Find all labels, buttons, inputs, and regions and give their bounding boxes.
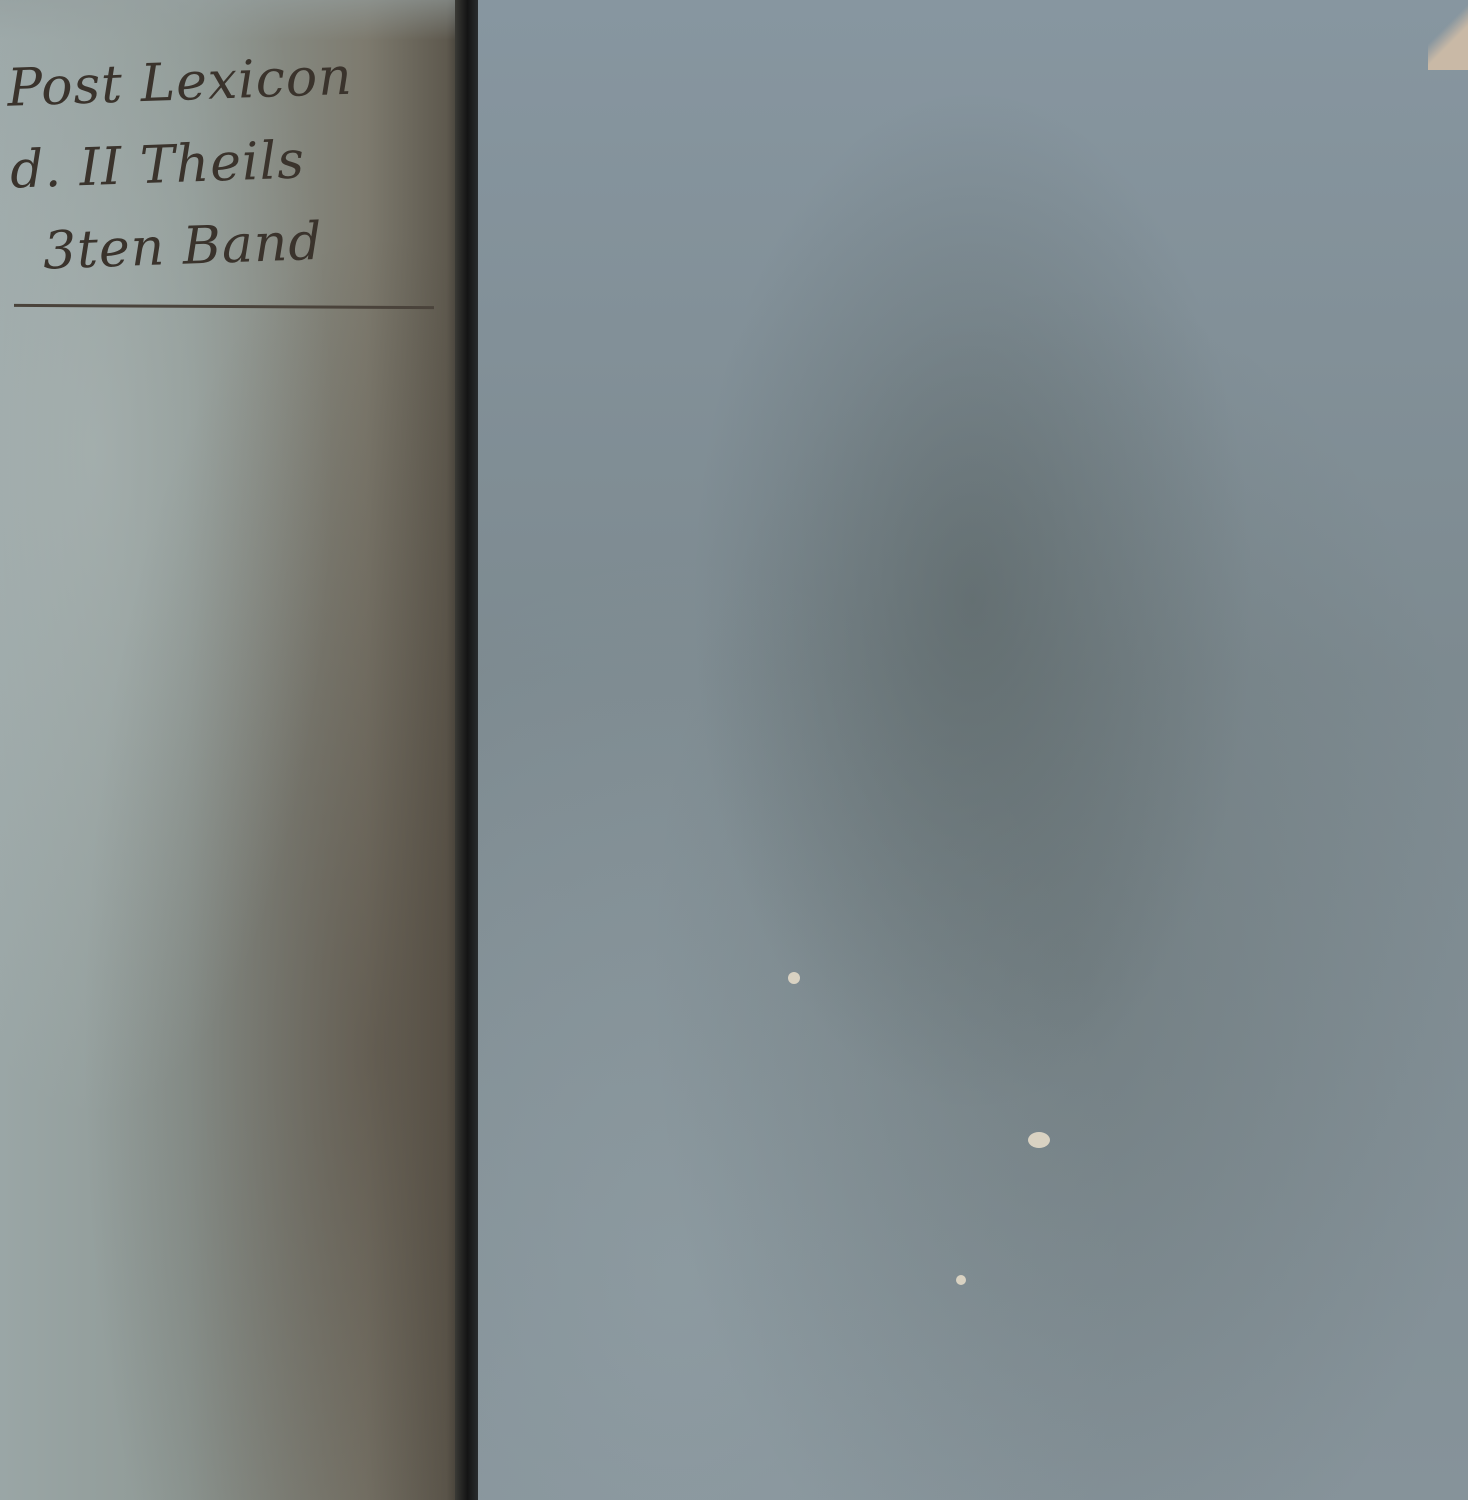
paper-speck: [956, 1275, 966, 1285]
book-spine: Post Lexicon d. II Theils 3ten Band: [0, 0, 470, 1500]
label-line-title: Post Lexicon: [6, 32, 449, 129]
label-line-volume: 3ten Band: [12, 196, 455, 293]
label-line-part: d. II Theils: [9, 114, 452, 211]
worn-corner: [1428, 0, 1468, 70]
spine-hinge: [455, 0, 480, 1500]
paper-speck: [1028, 1132, 1050, 1148]
book-front-cover: [478, 0, 1468, 1500]
paper-speck: [788, 972, 800, 984]
spine-handwritten-label: Post Lexicon d. II Theils 3ten Band: [6, 32, 454, 293]
label-underline: [14, 304, 434, 309]
